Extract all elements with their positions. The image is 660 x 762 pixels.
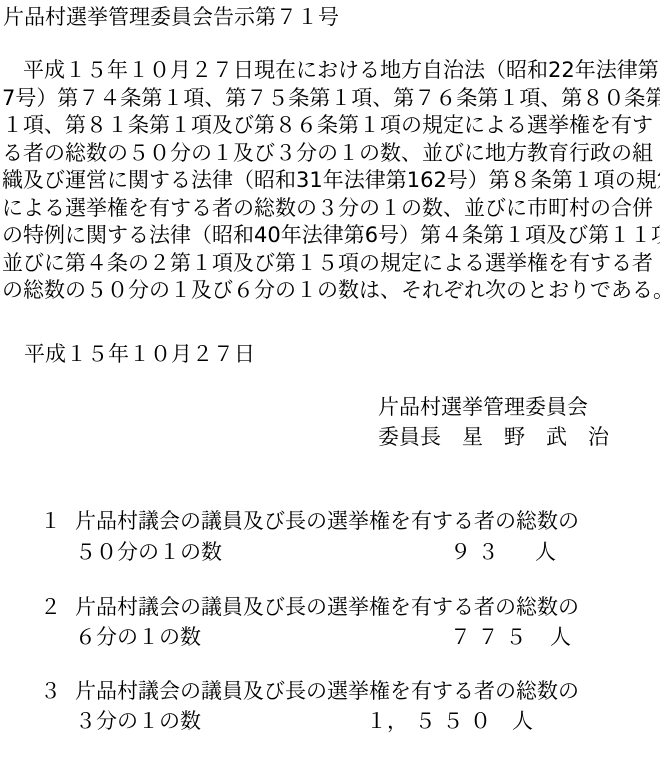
notice-body-paragraph: 平成１５年１０月２７日現在における地方自治法（昭和22年法律第6 7号）第７４条… <box>2 57 660 305</box>
signature-organization: 片品村選挙管理委員会 <box>378 394 588 421</box>
notice-date: 平成１５年１０月２７日 <box>24 341 255 368</box>
paragraph-line: １項、第８１条第１項及び第８６条第１項の規定による選挙権を有す <box>2 112 660 140</box>
paragraph-line: 織及び運営に関する法律（昭和31年法律第162号）第８条第１項の規定 <box>2 167 660 195</box>
list-item: １ 片品村議会の議員及び長の選挙権を有する者の総数の <box>0 508 660 538</box>
item-text-line1: 片品村議会の議員及び長の選挙権を有する者の総数の <box>75 678 579 705</box>
list-item: ２ 片品村議会の議員及び長の選挙権を有する者の総数の <box>0 594 660 624</box>
paragraph-line: の総数の５０分の１及び６分の１の数は、それぞれ次のとおりである。 <box>2 277 660 305</box>
notice-document: 片品村選挙管理委員会告示第７１号 平成１５年１０月２７日現在における地方自治法（… <box>0 0 660 762</box>
item-text-line2: ６分の１の数 <box>75 624 201 651</box>
paragraph-line: る者の総数の５０分の１及び３分の１の数、並びに地方教育行政の組 <box>2 140 660 168</box>
paragraph-line: の特例に関する法律（昭和40年法律第6号）第４条第１項及び第１１項 <box>2 222 660 250</box>
paragraph-line: 平成１５年１０月２７日現在における地方自治法（昭和22年法律第6 <box>2 57 660 85</box>
item-text-line1: 片品村議会の議員及び長の選挙権を有する者の総数の <box>75 594 579 621</box>
paragraph-line: 並びに第４条の２第１項及び第１５項の規定による選挙権を有する者 <box>2 250 660 278</box>
item-value: １， ５ ５ ０ <box>366 708 491 735</box>
item-value: ９ ３ <box>450 539 499 566</box>
paragraph-line: による選挙権を有する者の総数の３分の１の数、並びに市町村の合併 <box>2 195 660 223</box>
list-item-continuation: ６分の１の数 ７ ７ ５ 人 <box>0 624 660 654</box>
list-item: ３ 片品村議会の議員及び長の選挙権を有する者の総数の <box>0 678 660 708</box>
paragraph-line: 7号）第７４条第１項、第７５条第１項、第７６条第１項、第８０条第 <box>2 85 660 113</box>
signature-chairperson: 委員長 星 野 武 治 <box>378 424 609 451</box>
item-unit: 人 <box>535 539 556 566</box>
item-number: ２ <box>40 594 61 621</box>
item-text-line1: 片品村議会の議員及び長の選挙権を有する者の総数の <box>75 508 579 535</box>
item-number: ３ <box>40 678 61 705</box>
item-number: １ <box>40 508 61 535</box>
notice-title: 片品村選挙管理委員会告示第７１号 <box>3 4 339 31</box>
item-text-line2: ３分の１の数 <box>75 708 201 735</box>
item-unit: 人 <box>512 708 533 735</box>
item-text-line2: ５０分の１の数 <box>75 539 222 566</box>
item-unit: 人 <box>550 624 571 651</box>
item-value: ７ ７ ５ <box>450 624 526 651</box>
list-item-continuation: ５０分の１の数 ９ ３ 人 <box>0 539 660 569</box>
list-item-continuation: ３分の１の数 １， ５ ５ ０ 人 <box>0 708 660 738</box>
